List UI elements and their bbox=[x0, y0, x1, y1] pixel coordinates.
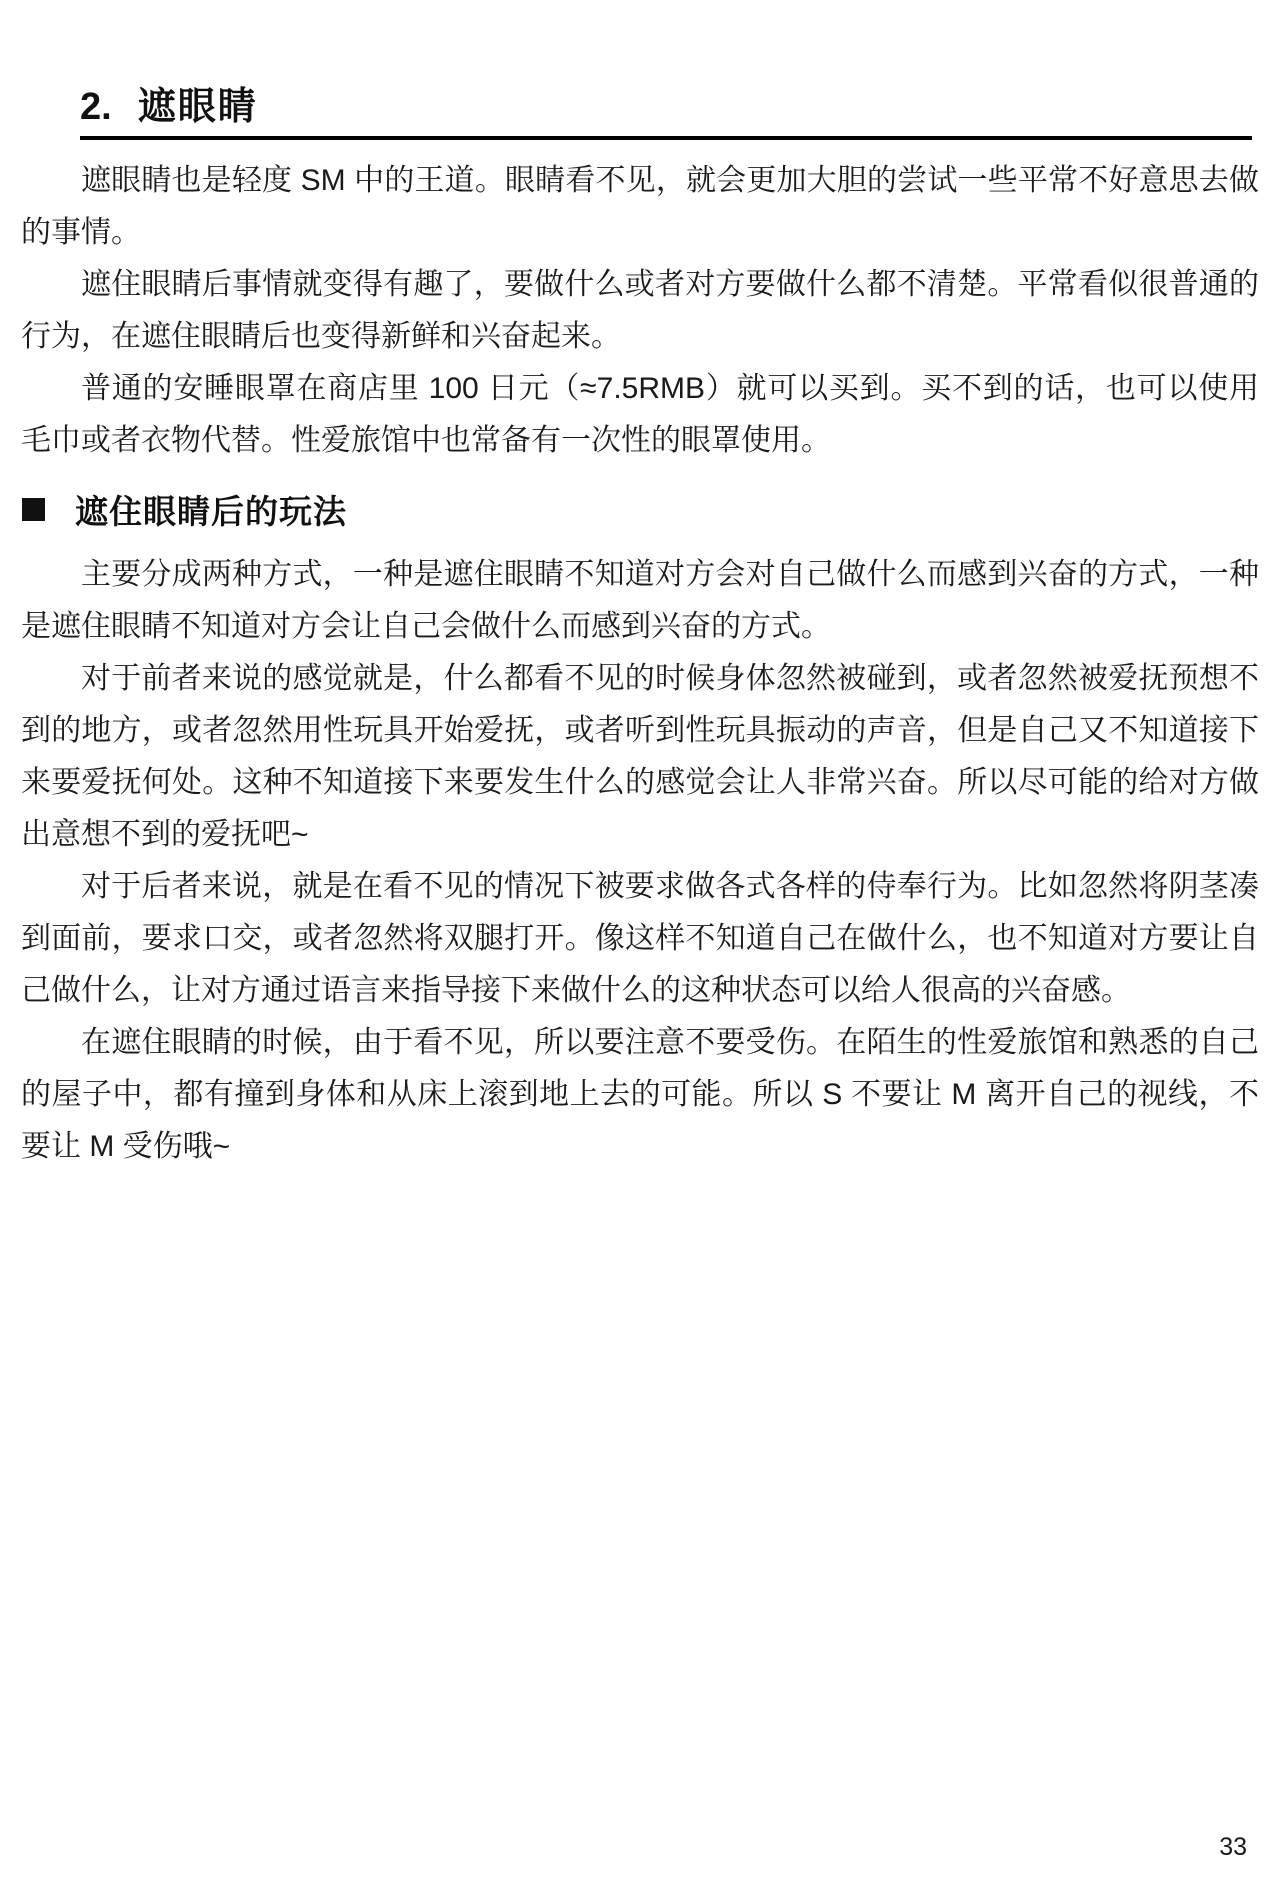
paragraph: 对于前者来说的感觉就是，什么都看不见的时候身体忽然被碰到，或者忽然被爱抚预想不到… bbox=[21, 653, 1259, 861]
chapter-title: 遮眼睛 bbox=[138, 85, 258, 129]
paragraph: 普通的安睡眼罩在商店里 100 日元（≈7.5RMB）就可以买到。买不到的话，也… bbox=[21, 363, 1259, 467]
paragraph: 在遮住眼睛的时候，由于看不见，所以要注意不要受伤。在陌生的性爱旅馆和熟悉的自己的… bbox=[21, 1017, 1259, 1173]
chapter-heading: 2.遮眼睛 bbox=[80, 85, 1259, 129]
paragraph: 遮眼睛也是轻度 SM 中的王道。眼睛看不见，就会更加大胆的尝试一些平常不好意思去… bbox=[21, 155, 1259, 259]
document-page: 2.遮眼睛 遮眼睛也是轻度 SM 中的王道。眼睛看不见，就会更加大胆的尝试一些平… bbox=[0, 0, 1280, 1890]
paragraph: 对于后者来说，就是在看不见的情况下被要求做各式各样的侍奉行为。比如忽然将阴茎凑到… bbox=[21, 861, 1259, 1017]
paragraph: 主要分成两种方式，一种是遮住眼睛不知道对方会对自己做什么而感到兴奋的方式，一种是… bbox=[21, 549, 1259, 653]
page-number: 33 bbox=[1219, 1833, 1247, 1862]
chapter-number: 2. bbox=[80, 85, 112, 129]
section-heading: 遮住眼睛后的玩法 bbox=[21, 487, 1259, 531]
square-bullet-icon bbox=[22, 498, 45, 521]
heading-rule bbox=[80, 136, 1252, 140]
paragraph: 遮住眼睛后事情就变得有趣了，要做什么或者对方要做什么都不清楚。平常看似很普通的行… bbox=[21, 259, 1259, 363]
section-title: 遮住眼睛后的玩法 bbox=[75, 486, 347, 533]
